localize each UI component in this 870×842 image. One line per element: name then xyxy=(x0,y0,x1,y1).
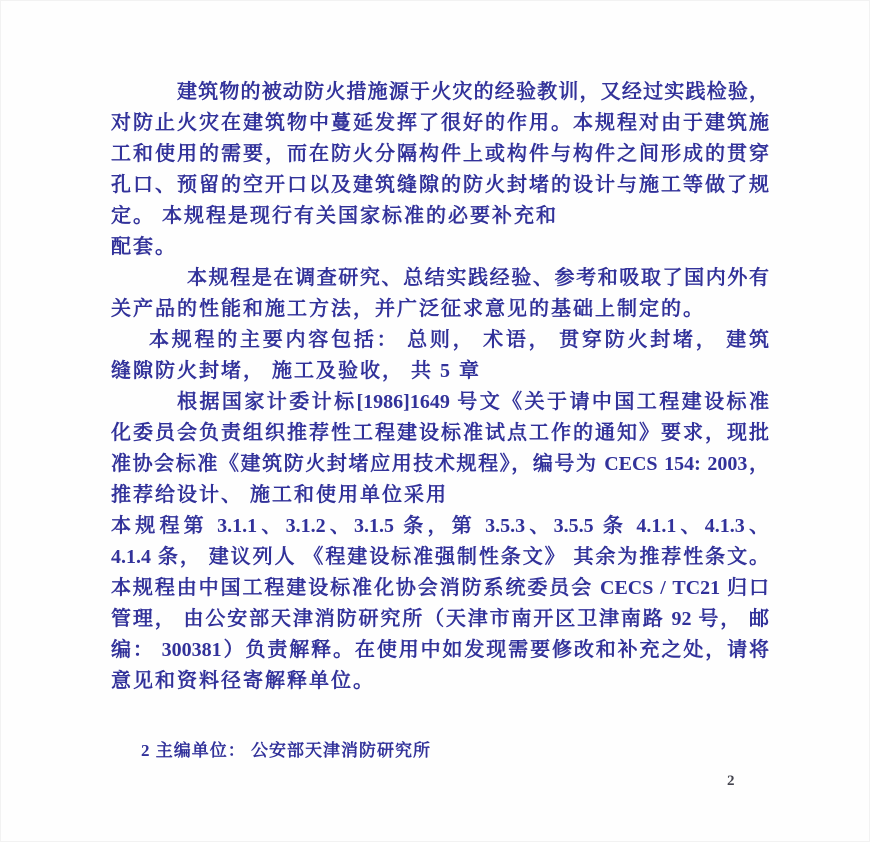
document-body: 建筑物的被动防火措施源于火灾的经验教训，又经过实践检验， 对防止火灾在建筑物中蔓… xyxy=(111,77,769,697)
text-line: 定。 本规程是现行有关国家标准的必要补充和 xyxy=(111,201,769,232)
text-line: 推荐给设计、 施工和使用单位采用 xyxy=(111,480,769,511)
text-line: 孔口、预留的空开口以及建筑缝隙的防火封堵的设计与施工等做了规 xyxy=(111,170,769,201)
text-line: 4.1.4 条， 建议列人 《程建设标准强制性条文》 其余为推荐性条文。 xyxy=(111,542,769,573)
page-number: 2 xyxy=(727,772,735,790)
text-line: 对防止火灾在建筑物中蔓延发挥了很好的作用。本规程对由于建筑施 xyxy=(111,108,769,139)
text-line: 工和使用的需要，而在防火分隔构件上或构件与构件之间形成的贯穿 xyxy=(111,139,769,170)
text-line: 准协会标准《建筑防火封堵应用技术规程》，编号为 CECS 154: 2003， xyxy=(111,449,769,480)
text-line: 管理， 由公安部天津消防研究所（天津市南开区卫津南路 92 号， 邮 xyxy=(111,604,769,635)
text-line: 根据国家计委计标[1986]1649 号文《关于请中国工程建设标准 xyxy=(111,387,769,418)
text-line: 建筑物的被动防火措施源于火灾的经验教训，又经过实践检验， xyxy=(111,77,769,108)
text-line: 本规程的主要内容包括： 总则， 术语， 贯穿防火封堵， 建筑 xyxy=(111,325,769,356)
footer-chief-editor-note: 2 主编单位： 公安部天津消防研究所 xyxy=(111,739,769,763)
text-line: 关产品的性能和施工方法，并广泛征求意见的基础上制定的。 xyxy=(111,294,769,325)
text-line: 缝隙防火封堵， 施工及验收， 共 5 章 xyxy=(111,356,769,387)
text-line: 本规程第 3.1.1、3.1.2、3.1.5 条，第 3.5.3、3.5.5 条… xyxy=(111,511,769,542)
text-line: 本规程由中国工程建设标准化协会消防系统委员会 CECS / TC21 归口 xyxy=(111,573,769,604)
text-line: 化委员会负责组织推荐性工程建设标准试点工作的通知》要求，现批 xyxy=(111,418,769,449)
document-page: 建筑物的被动防火措施源于火灾的经验教训，又经过实践检验， 对防止火灾在建筑物中蔓… xyxy=(0,0,870,842)
text-line: 意见和资料径寄解释单位。 xyxy=(111,666,769,697)
text-line: 编： 300381）负责解释。在使用中如发现需要修改和补充之处，请将 xyxy=(111,635,769,666)
text-line: 本规程是在调查研究、总结实践经验、参考和吸取了国内外有 xyxy=(111,263,769,294)
text-line: 配套。 xyxy=(111,232,769,263)
